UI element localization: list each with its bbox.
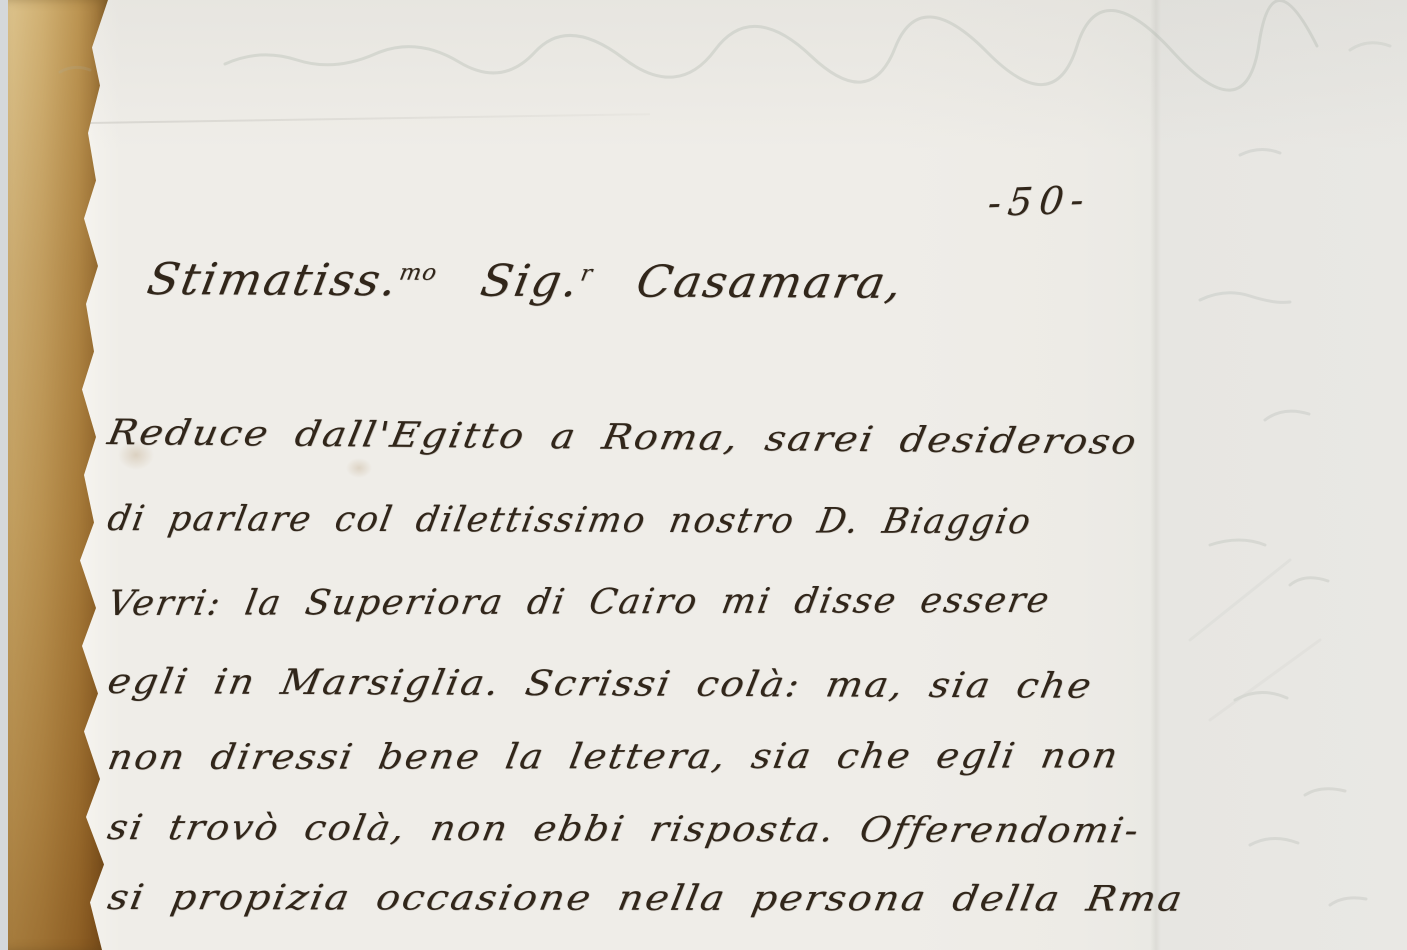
manuscript-photo: -50- Stimatiss.mo Sig.r Casamara, Reduce… [0,0,1407,950]
salutation-superscript-mo: mo [397,261,439,286]
body-line-4: egli in Marsiglia. Scrissi colà: ma, sia… [104,661,1096,709]
ink-stain [346,458,372,478]
salutation-superscript-r: r [579,262,596,287]
page-number: -50- [985,176,1092,227]
body-line-2: di parlare col dilettissimo nostro D. Bi… [104,498,1035,545]
body-line-5: non diressi bene la lettera, sia che egl… [104,735,1123,780]
salutation-line: Stimatiss.mo Sig.r Casamara, [143,252,908,311]
salutation-title: Sig. [477,256,584,307]
salutation-name: Casamara, [633,256,908,308]
salutation-honorific: Stimatiss. [143,254,402,306]
body-line-6: si trovò colà, non ebbi risposta. Offere… [104,807,1143,854]
body-line-7: si propizia occasione nella persona dell… [104,877,1187,922]
body-line-3: Verri: la Superiora di Cairo mi disse es… [104,580,1054,627]
